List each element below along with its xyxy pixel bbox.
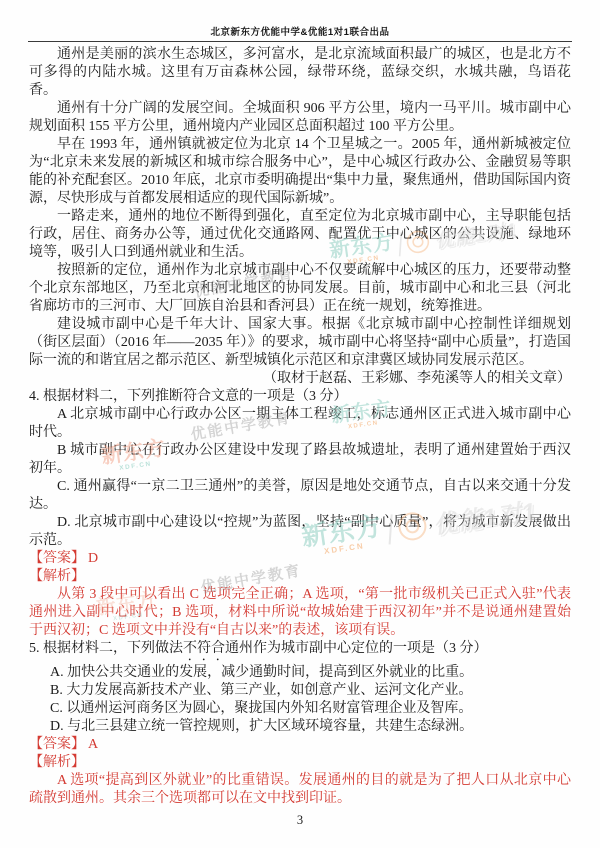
q5-option-b: B. 大力发展高新技术产业、第三产业，如创意产业、运河文化产业。 xyxy=(29,682,571,700)
answer-label: 【答案】 xyxy=(29,551,85,566)
q4-stem: 4. 根据材料二，下列推断符合文意的一项是（3 分） xyxy=(29,388,571,406)
q4-analysis-label: 【解析】 xyxy=(29,568,571,586)
q5-option-c: C. 以通州运河商务区为圆心，聚拢国内外知名财富管理企业及智库。 xyxy=(29,700,571,718)
q4-option-c: C. 通州赢得“一京二卫三通州”的美誉，原因是地处交通节点，自古以来交通十分发达… xyxy=(29,478,571,514)
document-page: 新东方 XDF.CN 优能1对1 优能中学教育 新东方 XDF.CN 优能中学教… xyxy=(0,0,600,848)
document-body: 通州是美丽的滨水生态城区，多河富水，是北京流域面积最广的城区，也是北方不可多得的… xyxy=(0,46,600,808)
q5-answer: A xyxy=(88,737,98,752)
q5-option-a: A. 加快公共交通业的发展，减少通勤时间，提高到区外就业的比重。 xyxy=(29,664,571,682)
q4-option-d: D. 北京城市副中心建设以“控规”为蓝图，坚持“副中心质量”，将为城市新发展做出… xyxy=(29,514,571,550)
q4-option-b: B 城市副中心在行政办公区建设中发现了路县故城遗址，表明了通州建置始于西汉初年。 xyxy=(29,442,571,478)
q5-option-d: D. 与北三县建立统一管控规则，扩大区域环境容量，共建生态绿洲。 xyxy=(29,718,571,736)
q4-analysis: 从第 3 段中可以看出 C 选项完全正确；A 选项，“第一批市级机关已正式入驻”… xyxy=(29,586,571,640)
q4-answer-line: 【答案】D xyxy=(29,550,571,568)
page-number: 3 xyxy=(0,813,600,828)
answer-label: 【答案】 xyxy=(29,737,85,752)
page-header: 北京新东方优能中学&优能1对1联合出品 xyxy=(0,0,600,38)
header-rule xyxy=(28,41,572,42)
q5-analysis: A 选项“提高到区外就业”的比重错误。发展通州的目的就是为了把人口从北京中心疏散… xyxy=(29,772,571,808)
material-paragraph: 早在 1993 年，通州镇就被定位为北京 14 个卫星城之一。2005 年，通州… xyxy=(29,136,571,208)
material-paragraph: 通州是美丽的滨水生态城区，多河富水，是北京流域面积最广的城区，也是北方不可多得的… xyxy=(29,46,571,100)
material-paragraph: 通州有十分广阔的发展空间。全城面积 906 平方公里，境内一马平川。城市副中心规… xyxy=(29,100,571,136)
q5-answer-line: 【答案】A xyxy=(29,736,571,754)
q4-answer: D xyxy=(88,551,98,566)
material-attribution: （取材于赵磊、王彩娜、李苑溪等人的相关文章） xyxy=(29,370,571,388)
material-paragraph: 一路走来，通州的地位不断得到强化，直至定位为北京城市副中心，主导职能包括行政，居… xyxy=(29,208,571,262)
q5-analysis-label: 【解析】 xyxy=(29,754,571,772)
material-paragraph: 建设城市副中心是千年大计、国家大事。根据《北京城市副中心控制性详细规划（街区层面… xyxy=(29,316,571,370)
q4-option-a: A 北京城市副中心行政办公区一期主体工程竣工，标志通州区正式进入城市副中心时代。 xyxy=(29,406,571,442)
q5-stem: 5. 根据材料二，下列做法不符合通州作为城市副中心定位的一项是（3 分） xyxy=(29,640,571,664)
material-paragraph: 按照新的定位，通州作为北京城市副中心不仅要疏解中心城区的压力，还要带动整个北京东… xyxy=(29,262,571,316)
emphasized-text: 不符合 xyxy=(183,641,225,656)
